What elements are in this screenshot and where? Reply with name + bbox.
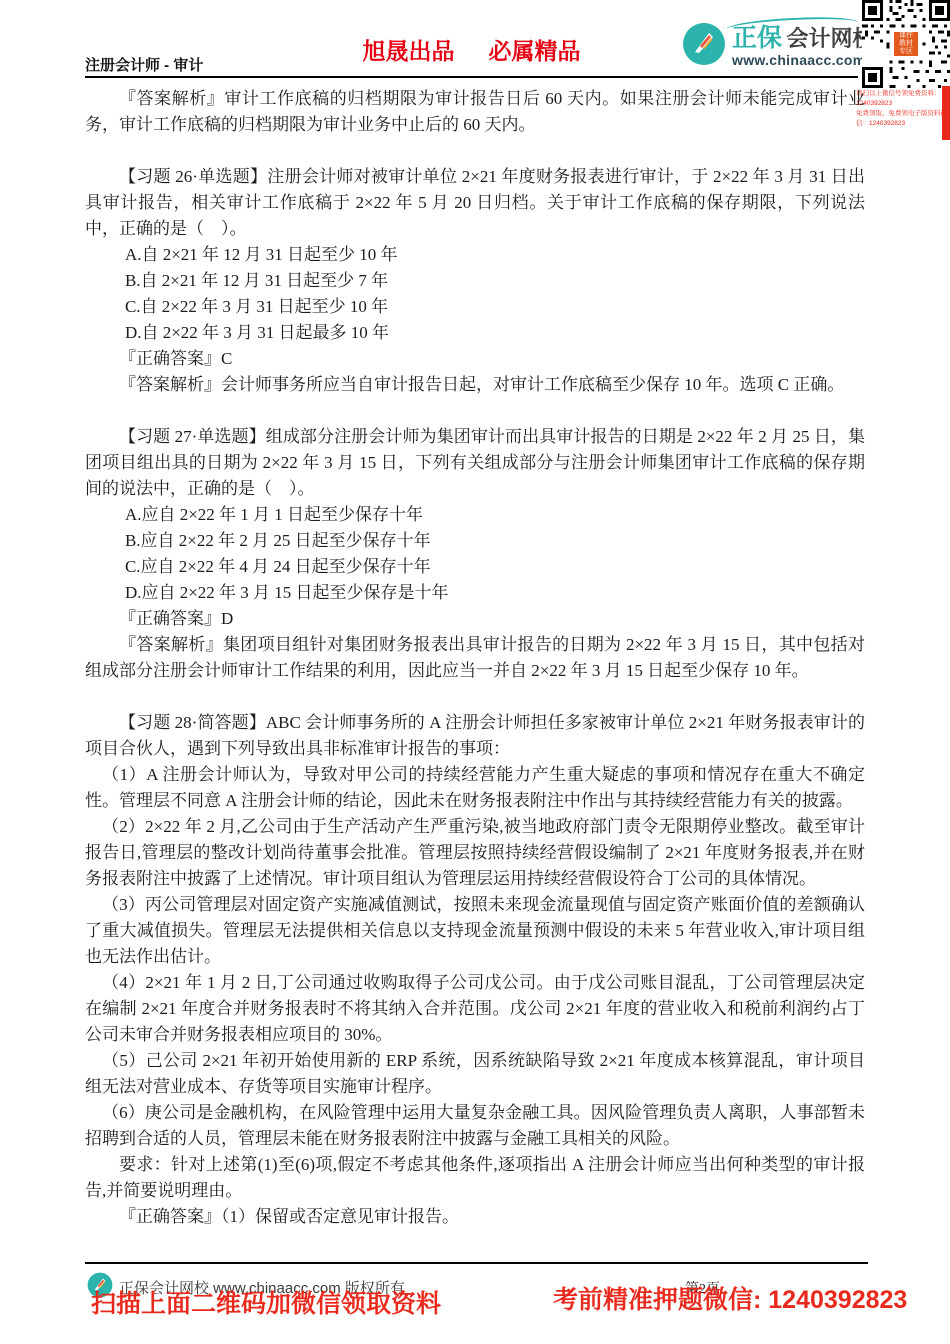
doc-title: 注册会计师 - 审计 bbox=[85, 57, 203, 74]
question-28-requirement: 要求：针对上述第(1)至(6)项,假定不考虑其他条件,逐项指出 A 注册会计师应… bbox=[85, 1152, 865, 1204]
document-page: 旭晟出品 必属精品 注册会计师 - 审计 正保 会计网校 bbox=[0, 0, 950, 1344]
question-27-stem: 【习题 27·单选题】组成部分注册会计师为集团审计而出具审计报告的日期是 2×2… bbox=[85, 424, 865, 502]
question-28-stem: 【习题 28·简答题】ABC 会计师事务所的 A 注册会计师担任多家被审计单位 … bbox=[85, 710, 865, 762]
qr-caption-line1: 请扫以上微信号领免费资料：1240392823 bbox=[856, 89, 950, 109]
question-26-option-d: D.自 2×22 年 3 月 31 日起最多 10 年 bbox=[85, 320, 865, 346]
qr-caption: 请扫以上微信号领免费资料：1240392823 免费领取，免费领电子版资料微信：… bbox=[856, 89, 950, 129]
question-27-option-b: B.应自 2×22 年 2 月 25 日起至少保存十年 bbox=[85, 528, 865, 554]
spacer bbox=[85, 684, 865, 710]
question-27-option-c: C.应自 2×22 年 4 月 24 日起至少保存十年 bbox=[85, 554, 865, 580]
footer-stamp-scan-qr: 扫描上面二维码加微信领取资料 bbox=[91, 1284, 441, 1320]
qr-center-label: 课件 教材 专区 bbox=[893, 31, 919, 57]
chinaacc-logo: 正保 会计网校 www.chinaacc.com bbox=[682, 22, 862, 76]
brand-url: www.chinaacc.com bbox=[732, 53, 874, 67]
red-edge-strip bbox=[942, 86, 950, 140]
question-26-analysis: 『答案解析』会计师事务所应当自审计报告日起，对审计工作底稿至少保存 10 年。选… bbox=[85, 372, 865, 398]
question-28-item-1: （1）A 注册会计师认为，导致对甲公司的持续经营能力产生重大疑虑的事项和情况存在… bbox=[85, 762, 865, 814]
page-footer: 正保会计网校 www.chinaacc.com 版权所有 第2页 扫描上面二维码… bbox=[85, 1262, 868, 1332]
question-26-option-b: B.自 2×21 年 12 月 31 日起至少 7 年 bbox=[85, 268, 865, 294]
document-body: 『答案解析』审计工作底稿的归档期限为审计报告日后 60 天内。如果注册会计师未能… bbox=[85, 86, 865, 1230]
question-27: 【习题 27·单选题】组成部分注册会计师为集团审计而出具审计报告的日期是 2×2… bbox=[85, 424, 865, 684]
question-28-item-5: （5）己公司 2×21 年初开始使用新的 ERP 系统，因系统缺陷导致 2×21… bbox=[85, 1048, 865, 1100]
qr-caption-line2: 免费领取，免费领电子版资料微信：1240392823 bbox=[856, 109, 950, 129]
intro-answer-analysis: 『答案解析』审计工作底稿的归档期限为审计报告日后 60 天内。如果注册会计师未能… bbox=[85, 86, 865, 138]
question-27-analysis: 『答案解析』集团项目组针对集团财务报表出具审计报告的日期为 2×22 年 3 月… bbox=[85, 632, 865, 684]
question-26-stem: 【习题 26·单选题】注册会计师对被审计单位 2×21 年度财务报表进行审计，于… bbox=[85, 164, 865, 242]
question-28-answer: 『正确答案』（1）保留或否定意见审计报告。 bbox=[85, 1204, 865, 1230]
question-26-option-c: C.自 2×22 年 3 月 31 日起至少 10 年 bbox=[85, 294, 865, 320]
spacer bbox=[85, 398, 865, 424]
spacer bbox=[85, 138, 865, 164]
question-28: 【习题 28·简答题】ABC 会计师事务所的 A 注册会计师担任多家被审计单位 … bbox=[85, 710, 865, 1230]
question-28-item-3: （3）丙公司管理层对固定资产实施减值测试，按照未来现金流量现值与固定资产账面价值… bbox=[85, 892, 865, 970]
logo-pen-icon bbox=[682, 22, 726, 71]
question-27-option-a: A.应自 2×22 年 1 月 1 日起至少保存十年 bbox=[85, 502, 865, 528]
question-26-answer: 『正确答案』C bbox=[85, 346, 865, 372]
question-27-answer: 『正确答案』D bbox=[85, 606, 865, 632]
qr-code: 课件 教材 专区 bbox=[862, 0, 950, 88]
question-28-item-4: （4）2×21 年 1 月 2 日,丁公司通过收购取得子公司戊公司。由于戊公司账… bbox=[85, 970, 865, 1048]
question-27-option-d: D.应自 2×22 年 3 月 15 日起至少保存是十年 bbox=[85, 580, 865, 606]
question-28-item-6: （6）庚公司是金融机构，在风险管理中运用大量复杂金融工具。因风险管理负责人离职，… bbox=[85, 1100, 865, 1152]
footer-stamp-wechat: 考前精准押题微信: 1240392823 bbox=[553, 1280, 907, 1316]
question-26-option-a: A.自 2×21 年 12 月 31 日起至少 10 年 bbox=[85, 242, 865, 268]
question-28-item-2: （2）2×22 年 2 月,乙公司由于生产活动产生严重污染,被当地政府部门责令无… bbox=[85, 814, 865, 892]
question-26: 【习题 26·单选题】注册会计师对被审计单位 2×21 年度财务报表进行审计，于… bbox=[85, 164, 865, 398]
